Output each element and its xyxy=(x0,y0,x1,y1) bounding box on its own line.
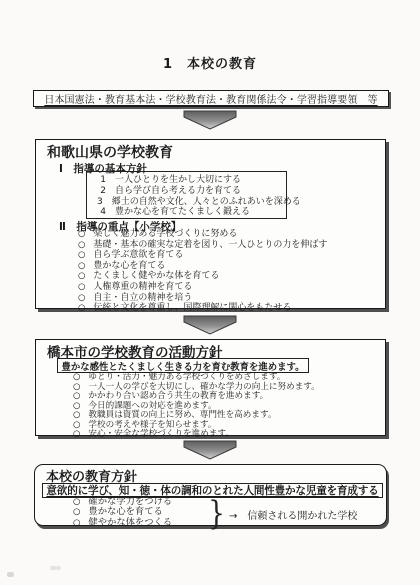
item-text: 自ら学び自ら考える力を育てる xyxy=(115,186,241,197)
priority-item: ○ 自主・自立の精神を培う xyxy=(78,293,327,304)
law-source-box: 日本国憲法・教育基本法・学校教育法・教育関係法令・学習指導要領 等 xyxy=(33,90,389,107)
priorities-list: ○ 楽しく魅力ある学校づくりに努める ○ 基礎・基本の確実な定着を図り、一人ひと… xyxy=(78,229,327,314)
circle-marker: ○ xyxy=(78,229,85,240)
goal-item: ○ 健やかな体をつくる xyxy=(73,518,172,528)
circle-marker: ○ xyxy=(73,430,80,440)
priority-item: ○ たくましく健やかな体を育てる xyxy=(78,271,327,282)
goal-list: ○ 確かな学力をつける ○ 豊かな心を育てる ○ 健やかな体をつくる xyxy=(73,497,172,528)
circle-marker: ○ xyxy=(78,240,85,251)
priority-item-text: 自ら学ぶ意欲を育てる xyxy=(93,250,183,261)
hashimoto-activity-box: 橋本市の学校教育の活動方針 豊かな感性とたくましく生きる力を育む教育を進めます。… xyxy=(35,339,386,436)
circle-marker: ○ xyxy=(73,518,80,528)
circle-marker: ○ xyxy=(78,250,85,261)
wakayama-education-box: 和歌山県の学校教育 Ⅰ 指導の基本方針 1 一人ひとりを生かし大切にする 2 自… xyxy=(35,139,386,309)
circle-marker: ○ xyxy=(78,293,85,304)
item-text: 豊かな心を育てたくましく鍛える xyxy=(115,207,250,218)
page-title: 1 本校の教育 xyxy=(0,53,420,72)
priority-item-text: 基礎・基本の確実な定着を図り、一人ひとりの力を伸ばす xyxy=(93,240,327,251)
priority-item: ○ 伝統と文化を尊重し、国際理解に関心をもたせる xyxy=(78,303,327,314)
activity-item-text: 安心・安全な学校づくりを進めます。 xyxy=(88,430,233,440)
priority-item-text: 楽しく魅力ある学校づくりに努める xyxy=(93,229,237,240)
goal-item-text: 健やかな体をつくる xyxy=(88,518,172,528)
activity-list: ○ ゆとり・活力・魅力ある学校づくりをめざします。 ○ 一人一人の学びを大切にし… xyxy=(73,373,320,440)
scan-artifact xyxy=(50,566,61,570)
activity-item: ○ 安心・安全な学校づくりを進めます。 xyxy=(73,430,320,440)
circle-marker: ○ xyxy=(78,261,85,272)
circle-marker: ○ xyxy=(78,271,85,282)
result-label: → 信頼される開かれた学校 xyxy=(229,507,357,522)
priority-item-text: 人権尊重の精神を育てる xyxy=(93,282,192,293)
scanned-document-page: 1 本校の教育 日本国憲法・教育基本法・学校教育法・教育関係法令・学習指導要領 … xyxy=(0,0,420,585)
hashimoto-slogan-box: 豊かな感性とたくましく生きる力を育む教育を進めます。 xyxy=(57,358,309,373)
school-policy-box: 本校の教育方針 意欲的に学び、知・徳・体の調和のとれた人間性豊かな児童を育成する… xyxy=(34,464,387,526)
law-source-text: 日本国憲法・教育基本法・学校教育法・教育関係法令・学習指導要領 等 xyxy=(44,91,377,106)
down-arrow-icon xyxy=(183,315,237,335)
item-number: 4 xyxy=(97,207,106,218)
circle-marker: ○ xyxy=(78,303,85,314)
policy-item: 3 郷土の自然や文化、人々とのふれあいを深める xyxy=(97,197,286,208)
item-number: 3 xyxy=(97,197,103,208)
priority-item: ○ 楽しく魅力ある学校づくりに努める xyxy=(78,229,327,240)
circle-marker: ○ xyxy=(73,507,80,517)
priority-item: ○ 人権尊重の精神を育てる xyxy=(78,282,327,293)
policy-item: 2 自ら学び自ら考える力を育てる xyxy=(97,186,286,197)
basic-policy-box: 1 一人ひとりを生かし大切にする 2 自ら学び自ら考える力を育てる 3 郷土の自… xyxy=(86,171,287,219)
item-number: 2 xyxy=(97,186,106,197)
priority-item-text: 自主・自立の精神を培う xyxy=(93,293,192,304)
grouping-brace: } xyxy=(208,493,225,532)
item-text: 一人ひとりを生かし大切にする xyxy=(115,175,241,186)
priority-item-text: 豊かな心を育てる xyxy=(93,261,165,272)
priority-item: ○ 豊かな心を育てる xyxy=(78,261,327,272)
priority-item: ○ 基礎・基本の確実な定着を図り、一人ひとりの力を伸ばす xyxy=(78,240,327,251)
scan-artifact xyxy=(7,572,14,577)
priority-item-text: 伝統と文化を尊重し、国際理解に関心をもたせる xyxy=(93,303,291,314)
priority-item: ○ 自ら学ぶ意欲を育てる xyxy=(78,250,327,261)
hashimoto-slogan-text: 豊かな感性とたくましく生きる力を育む教育を進めます。 xyxy=(61,359,304,373)
wakayama-heading: 和歌山県の学校教育 xyxy=(47,142,173,162)
circle-marker: ○ xyxy=(78,282,85,293)
policy-item: 1 一人ひとりを生かし大切にする xyxy=(97,175,286,186)
item-text: 郷土の自然や文化、人々とのふれあいを深める xyxy=(112,197,301,208)
priority-item-text: たくましく健やかな体を育てる xyxy=(93,271,219,282)
down-arrow-icon xyxy=(183,110,237,130)
circle-marker: ○ xyxy=(73,497,80,507)
policy-item: 4 豊かな心を育てたくましく鍛える xyxy=(97,207,286,218)
down-arrow-icon xyxy=(183,440,237,460)
item-number: 1 xyxy=(97,175,106,186)
